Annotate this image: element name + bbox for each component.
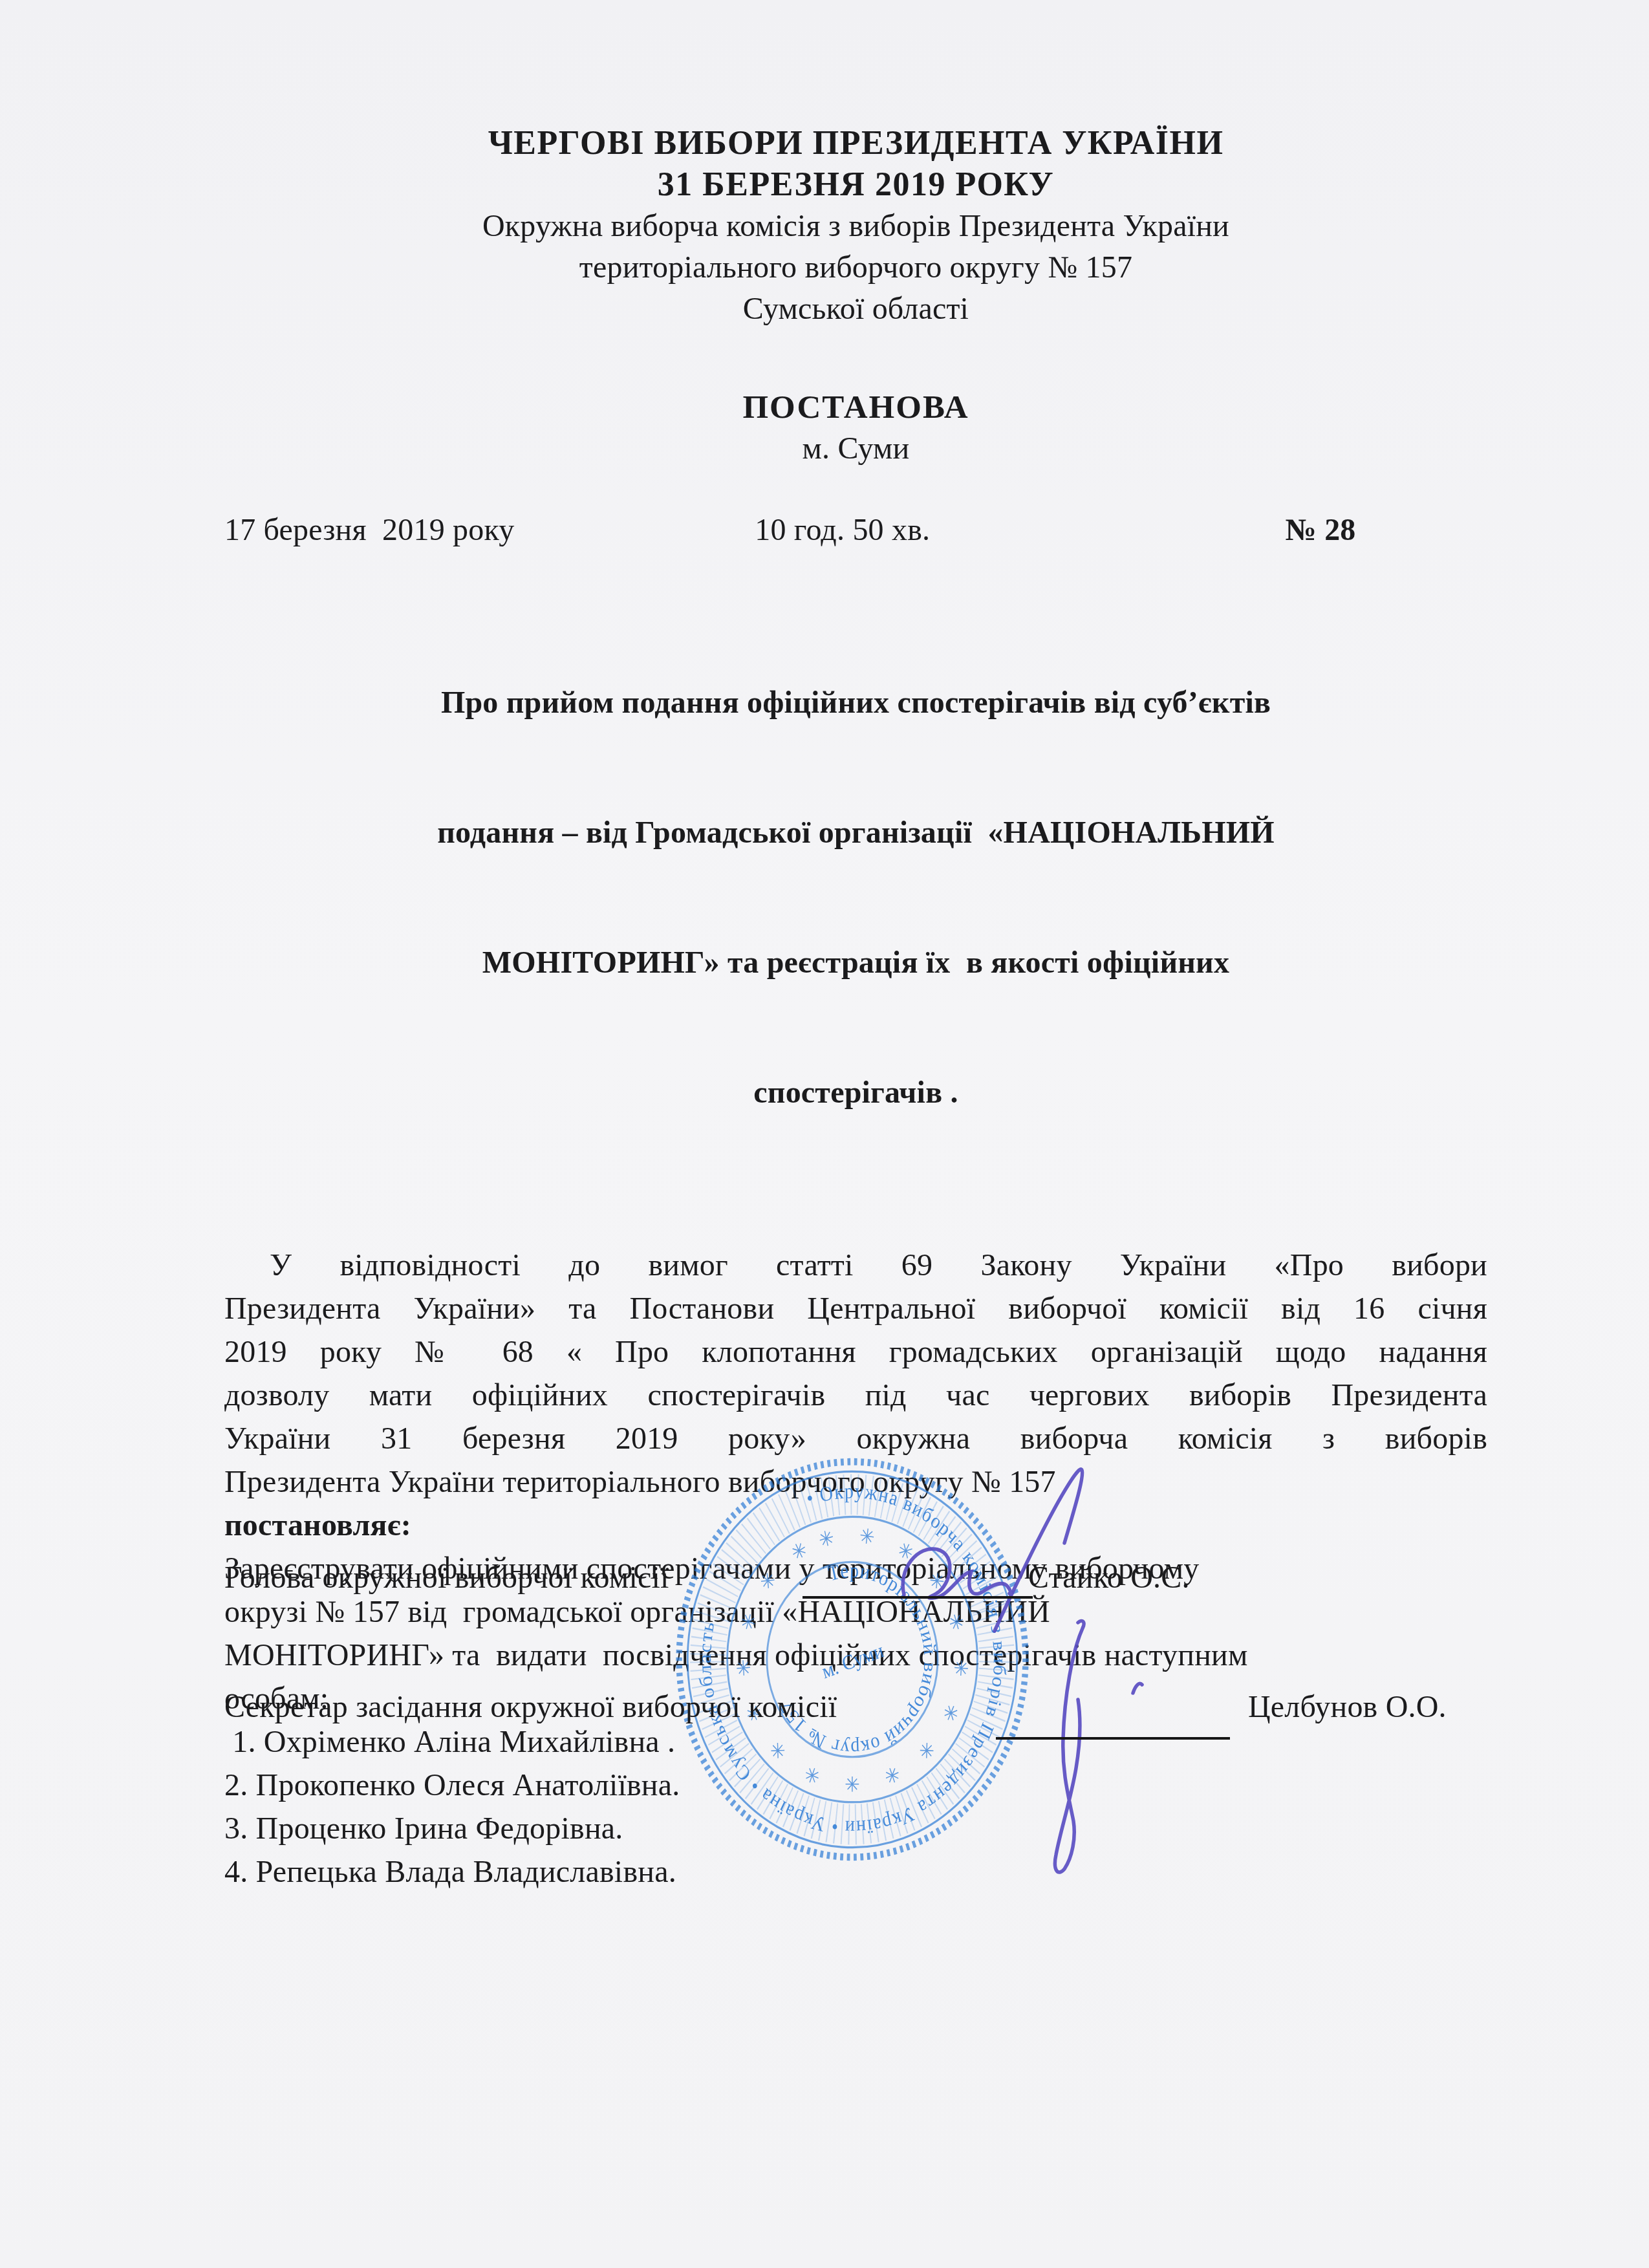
body-line-1: У відповідності до вимог статті 69 Закон… bbox=[224, 1244, 1487, 1287]
body-line-3: 2019 року № 68 « Про клопотання громадсь… bbox=[224, 1330, 1487, 1374]
date-row: 17 березня 2019 року 10 год. 50 хв. № 28 bbox=[224, 512, 1487, 556]
resolution-city: м. Суми bbox=[224, 428, 1487, 470]
stamp-center-text: м. Суми bbox=[819, 1639, 886, 1683]
secretary-label: Секретар засідання окружної виборчої ком… bbox=[224, 1689, 837, 1725]
header-line-5: Сумської області bbox=[224, 288, 1487, 330]
header-line-3: Окружна виборча комісія з виборів Презид… bbox=[224, 206, 1487, 247]
subject-block: Про прийом подання офіційних спостерігач… bbox=[352, 594, 1361, 1201]
secretary-signature-line bbox=[996, 1737, 1230, 1740]
signature-row-secretary: Секретар засідання окружної виборчої ком… bbox=[224, 1689, 1518, 1773]
chairman-signature-line bbox=[803, 1596, 1033, 1599]
subject-line-2: подання – від Громадської організації «Н… bbox=[352, 811, 1361, 854]
header-line-4: територіального виборчого округу № 157 bbox=[224, 247, 1487, 288]
header-line-2: 31 БЕРЕЗНЯ 2019 РОКУ bbox=[224, 164, 1487, 206]
document-header: ЧЕРГОВІ ВИБОРИ ПРЕЗИДЕНТА УКРАЇНИ 31 БЕР… bbox=[224, 123, 1487, 330]
resolution-date: 17 березня 2019 року bbox=[224, 512, 515, 548]
resolution-title: ПОСТАНОВА bbox=[224, 387, 1487, 428]
chairman-label: Голова окружної виборчої комісії bbox=[224, 1560, 669, 1595]
subject-line-3: МОНІТОРИНГ» та реєстрація їх в якості оф… bbox=[352, 941, 1361, 984]
body-line-2: Президента України» та Постанови Централ… bbox=[224, 1287, 1487, 1330]
body-line-4: дозволу мати офіційних спостерігачів під… bbox=[224, 1374, 1487, 1417]
header-line-1: ЧЕРГОВІ ВИБОРИ ПРЕЗИДЕНТА УКРАЇНИ bbox=[224, 123, 1487, 164]
subject-line-4: спостерігачів . bbox=[352, 1071, 1361, 1114]
resolution-title-block: ПОСТАНОВА м. Суми bbox=[224, 387, 1487, 470]
subject-line-1: Про прийом подання офіційних спостерігач… bbox=[352, 681, 1361, 724]
resolution-time: 10 год. 50 хв. bbox=[755, 512, 930, 548]
scanned-document-page: ЧЕРГОВІ ВИБОРИ ПРЕЗИДЕНТА УКРАЇНИ 31 БЕР… bbox=[0, 0, 1649, 2268]
resolution-number: № 28 bbox=[1286, 512, 1356, 548]
chairman-name: Стайко О.С. bbox=[1028, 1560, 1190, 1595]
secretary-name: Целбунов О.О. bbox=[1248, 1689, 1447, 1725]
signature-row-chairman: Голова окружної виборчої комісії Стайко … bbox=[224, 1560, 1518, 1644]
official-round-stamp: • Окружна виборча комісія з виборів През… bbox=[669, 1451, 1035, 1868]
